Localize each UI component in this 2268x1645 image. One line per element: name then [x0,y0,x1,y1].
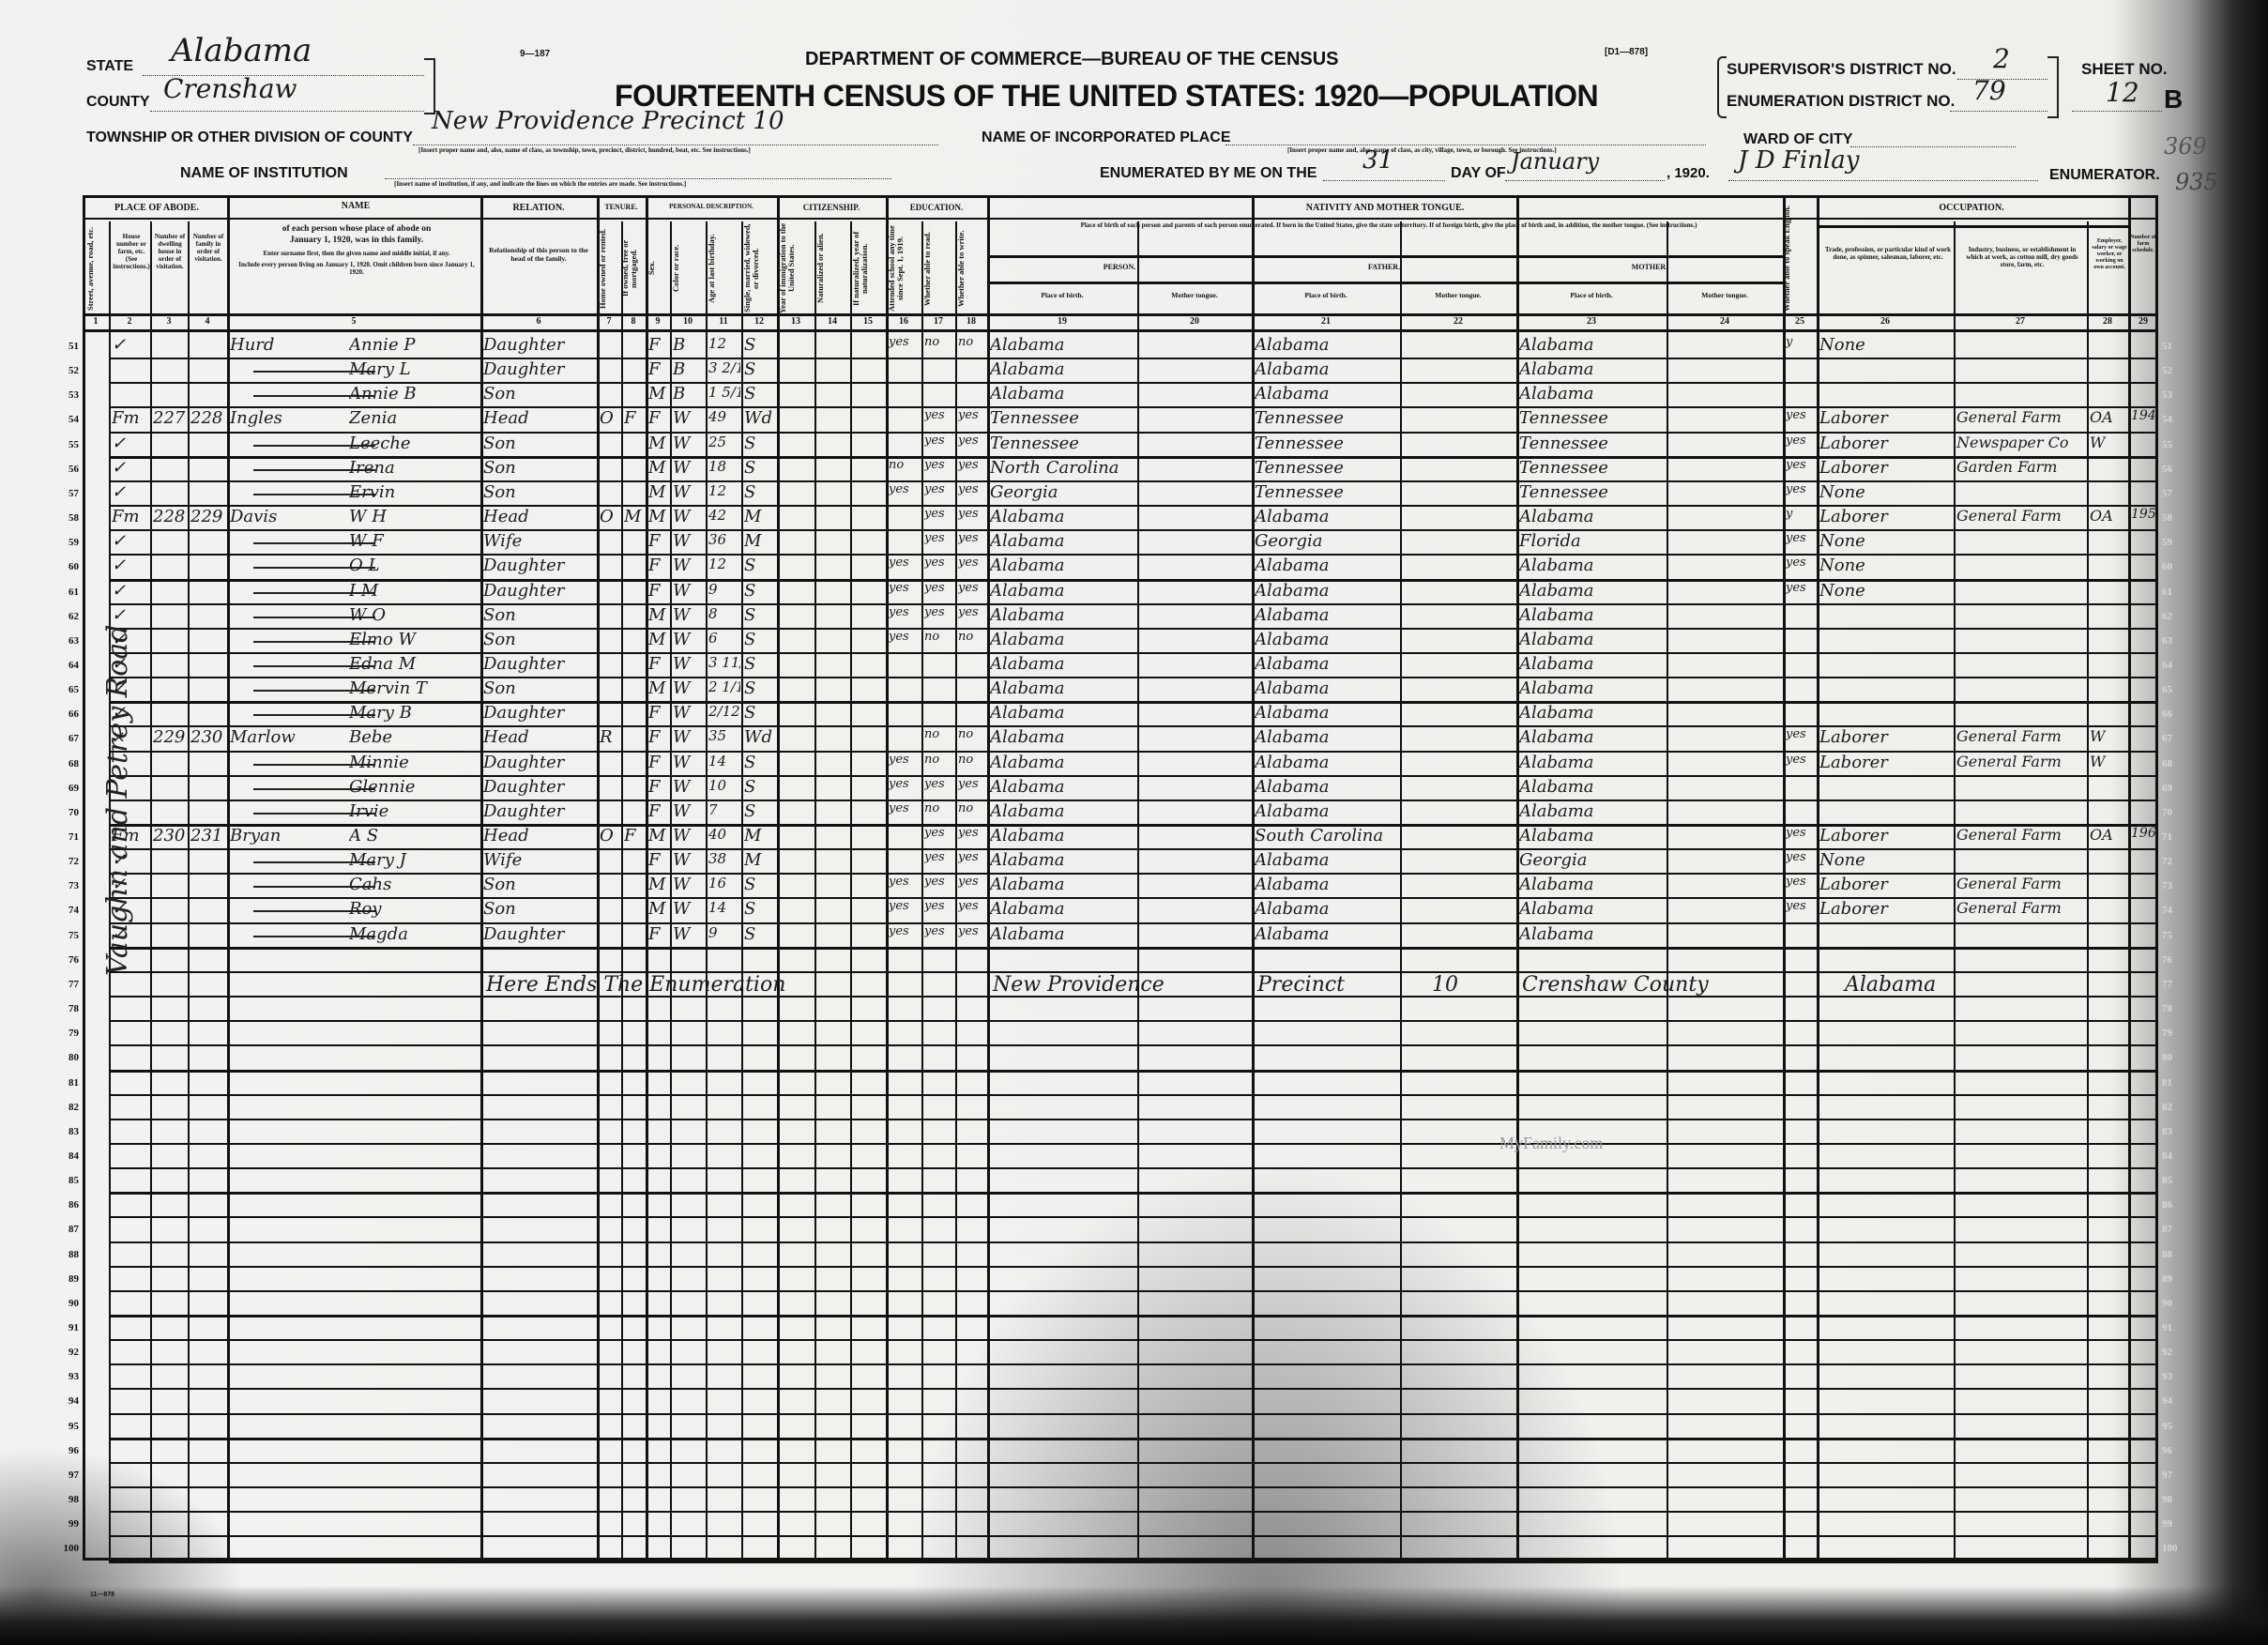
column-divider [955,221,957,1561]
attended-school: yes [889,899,921,913]
birthplace: Alabama [990,335,1136,355]
county-field: Crenshaw [150,86,424,112]
line-number-right: 61 [2162,586,2172,598]
row-divider [109,1266,2158,1268]
sex: M [648,384,669,404]
line-number-right: 85 [2162,1175,2172,1186]
able-to-read: no [924,801,954,815]
header-father: FATHER. [1252,263,1516,271]
mother-birthplace: Alabama [1519,703,1666,723]
given-name: Bebe [349,727,477,747]
father-birthplace: Alabama [1255,605,1399,625]
sub-naturalization-year: If naturalized, year of naturalization. [852,221,886,315]
color: W [673,924,705,944]
closing-note-part: Crenshaw County [1522,973,1709,997]
marital-status: M [744,850,776,870]
closing-note-part: 10 [1432,973,1458,997]
father-birthplace: Alabama [1255,875,1399,894]
line-number-right: 71 [2162,831,2172,843]
line-number-right: 54 [2162,414,2172,425]
birthplace: Alabama [990,826,1136,845]
line-number: 57 [56,488,79,499]
column-divider [921,221,923,1561]
father-birthplace: Alabama [1255,801,1399,821]
able-to-write: yes [958,482,986,496]
header-farm-schedule: Number of farm schedule. [2130,235,2156,254]
age: 12 [708,335,740,352]
column-number: 1 [83,316,109,327]
sub-read: Whether able to read. [923,221,955,315]
birthplace: Alabama [990,678,1136,698]
stamp-number: 369 [2164,133,2207,160]
header-industry: Industry, business, or establishment in … [1961,246,2083,268]
able-to-write: no [958,335,986,349]
color: W [673,826,705,845]
able-to-read: no [924,630,954,644]
speaks-english: yes [1786,899,1816,913]
sex: M [648,605,669,625]
father-birthplace: Alabama [1255,899,1399,919]
margin-note: Vaughn and Petrey Road [101,625,134,976]
given-name: Mary J [349,850,477,870]
state-value: Alabama [171,32,312,69]
employer-class: OA [2090,507,2127,525]
industry: Garden Farm [1956,458,2086,476]
column-number: 23 [1516,316,1667,327]
birthplace: Alabama [990,924,1136,944]
speaks-english: yes [1786,531,1816,545]
enumerated-month: January [1511,148,1599,175]
speaks-english: y [1786,335,1816,349]
header-divider [1817,225,2128,228]
closing-note-part: Precinct [1257,973,1345,997]
line-number-right: 53 [2162,389,2172,401]
enumerated-day-field: 31 [1323,160,1445,181]
color: W [673,408,705,428]
column-divider [850,221,852,1561]
father-birthplace: Alabama [1255,654,1399,674]
given-name: W F [349,531,477,551]
relation: Daughter [483,924,596,944]
day-of-label: DAY OF [1451,165,1506,182]
column-number: 22 [1400,316,1516,327]
birthplace: Alabama [990,556,1136,575]
marital-status: S [744,777,776,797]
sex: M [648,434,669,453]
column-number: 17 [921,316,955,327]
given-name: I M [349,581,477,601]
column-number: 5 [227,316,480,327]
relation: Head [483,408,596,428]
birthplace: Alabama [990,753,1136,772]
institution-field [385,160,891,179]
name-desc-line-1: of each person whose place of abode on [236,223,477,235]
industry: General Farm [1956,507,2086,525]
mother-birthplace: Alabama [1519,384,1666,404]
header-nativity: NATIVITY AND MOTHER TONGUE. [987,203,1783,213]
speaks-english: yes [1786,408,1816,422]
line-number: 85 [56,1175,79,1186]
line-number: 53 [56,389,79,401]
relation: Son [483,384,596,404]
color: W [673,654,705,674]
dwelling-number: 228 [153,507,187,526]
line-number: 54 [56,414,79,425]
able-to-write: yes [958,458,986,472]
header-citizenship: CITIZENSHIP. [777,203,886,212]
department-title: DEPARTMENT OF COMMERCE—BUREAU OF THE CEN… [805,49,1339,70]
row-divider [109,1241,2158,1243]
header-name-desc: of each person whose place of abode on J… [236,223,477,276]
sub-attended-school: Attended school any time since Sept. 1, … [888,221,921,315]
column-number: 12 [741,316,777,327]
given-name: Irena [349,458,477,478]
able-to-read: yes [924,605,954,619]
column-divider [777,195,780,1561]
marital-status: S [744,875,776,894]
surname: Davis [230,507,342,526]
able-to-write: yes [958,850,986,864]
header-employer: Employer, salary or wage worker, or work… [2091,238,2128,271]
line-number: 84 [56,1150,79,1162]
able-to-read: yes [924,850,954,864]
line-number: 65 [56,684,79,695]
column-number: 10 [670,316,706,327]
age: 16 [708,875,740,891]
home-owned: O [600,826,620,845]
line-number: 97 [56,1470,79,1481]
age: 49 [708,408,740,425]
age: 7 [708,801,740,818]
line-number: 75 [56,930,79,941]
speaks-english: yes [1786,581,1816,595]
sub-house-number: House number or farm, etc. (See instruct… [113,233,150,270]
able-to-read: yes [924,924,954,938]
incorporated-label: NAME OF INCORPORATED PLACE [982,129,1230,146]
trade: Laborer [1819,899,1953,919]
color: W [673,899,705,919]
attended-school: yes [889,753,921,767]
attended-school: yes [889,581,921,595]
sub-speak-english: Whether able to speak English. [1783,203,1817,315]
township-field: New Providence Precinct 10 [413,122,938,145]
column-number: 20 [1137,316,1252,327]
trade: Laborer [1819,826,1953,845]
father-birthplace: Tennessee [1255,408,1399,428]
home-owned: O [600,507,620,526]
line-number: 88 [56,1249,79,1260]
age: 35 [708,727,740,744]
able-to-write: no [958,801,986,815]
column-divider [2128,195,2131,1561]
sex: F [648,335,669,355]
father-birthplace: Alabama [1255,703,1399,723]
ed-label: ENUMERATION DISTRICT NO. [1727,92,1955,111]
line-number: 59 [56,537,79,548]
column-number: 16 [886,316,921,327]
mother-birthplace: Alabama [1519,875,1666,894]
father-birthplace: Alabama [1255,384,1399,404]
line-number-right: 91 [2162,1322,2172,1333]
birthplace: Alabama [990,875,1136,894]
father-birthplace: Alabama [1255,678,1399,698]
able-to-read: yes [924,777,954,791]
marital-status: M [744,531,776,551]
relation: Son [483,899,596,919]
trade: None [1819,556,1953,575]
sex: F [648,581,669,601]
row-divider [109,1486,2158,1488]
relation: Wife [483,531,596,551]
birthplace: Alabama [990,384,1136,404]
surname: Bryan [230,826,342,845]
able-to-write: yes [958,605,986,619]
row-divider [109,1413,2158,1415]
sex: F [648,924,669,944]
attended-school: yes [889,556,921,570]
able-to-read: no [924,727,954,741]
line-number: 86 [56,1199,79,1211]
column-divider [227,195,230,1561]
enumerator-signature: J D Finlay [1738,146,1859,175]
line-number-right: 73 [2162,880,2172,891]
relation: Daughter [483,703,596,723]
column-divider [814,221,816,1561]
able-to-read: yes [924,458,954,472]
relation: Daughter [483,654,596,674]
relation: Daughter [483,335,596,355]
employer-class: W [2090,434,2127,451]
line-number-right: 80 [2162,1052,2172,1063]
father-birthplace: Alabama [1255,359,1399,379]
mother-birthplace: Georgia [1519,850,1666,870]
line-number-right: 72 [2162,856,2172,867]
line-number: 93 [56,1371,79,1382]
farm-schedule: 194 [2131,408,2157,423]
line-number-right: 98 [2162,1494,2172,1505]
watermark: MyFamily.com [1499,1134,1603,1153]
mother-birthplace: Alabama [1519,507,1666,526]
speaks-english: yes [1786,753,1816,767]
speaks-english: yes [1786,850,1816,864]
state-label: STATE [86,58,133,75]
father-birthplace: Georgia [1255,531,1399,551]
birthplace: Alabama [990,801,1136,821]
able-to-write: yes [958,434,986,448]
mother-birthplace: Tennessee [1519,434,1666,453]
given-name: Glennie [349,777,477,797]
institution-label: NAME OF INSTITUTION [180,165,348,182]
given-name: W O [349,605,477,625]
sex: M [648,630,669,649]
header-nativity-desc: Place of birth of each person and parent… [1013,221,1764,230]
trade: Laborer [1819,875,1953,894]
mother-birthplace: Tennessee [1519,482,1666,502]
marital-status: S [744,482,776,502]
able-to-read: yes [924,875,954,889]
line-number-right: 51 [2162,341,2172,352]
county-label: COUNTY [86,94,150,111]
line-number-right: 83 [2162,1126,2172,1137]
able-to-write: yes [958,556,986,570]
employer-class: OA [2090,408,2127,426]
row-divider [109,1044,2158,1046]
speaks-english: y [1786,507,1816,521]
trade: None [1819,482,1953,502]
color: W [673,556,705,575]
age: 9 [708,581,740,598]
farm-schedule: 195 [2131,507,2157,522]
column-divider [597,195,600,1561]
line-number: 68 [56,758,79,769]
line-number-right: 68 [2162,758,2172,769]
name-desc-line-4: Include every person living on January 1… [236,261,477,276]
sub-owned-rented: Home owned or rented. [599,221,619,315]
able-to-read: yes [924,581,954,595]
attended-school: yes [889,777,921,791]
line-number-right: 78 [2162,1003,2172,1014]
column-number: 24 [1667,316,1783,327]
line-number-right: 76 [2162,954,2172,966]
surname: Ingles [230,408,342,428]
given-name: Magda [349,924,477,944]
surname: Hurd [230,335,342,355]
birthplace: Alabama [990,850,1136,870]
age: 10 [708,777,740,794]
age: 3 11/12 [708,654,740,671]
family-number: 230 [190,727,226,747]
birthplace: Alabama [990,531,1136,551]
sub-free-mortgaged: If owned, free or mortgaged. [621,221,644,315]
line-number-right: 88 [2162,1249,2172,1260]
enumerated-label: ENUMERATED BY ME ON THE [1100,165,1317,182]
age: 1 5/12 [708,384,740,401]
line-number: 77 [56,979,79,990]
sub-color: Color or race. [672,221,706,315]
sex: F [648,850,669,870]
trade: None [1819,581,1953,601]
able-to-write: yes [958,777,986,791]
attended-school: yes [889,630,921,644]
speaks-english: yes [1786,556,1816,570]
line-number-right: 92 [2162,1347,2172,1358]
line-number-right: 97 [2162,1470,2172,1481]
marital-status: S [744,605,776,625]
able-to-read: yes [924,531,954,545]
able-to-write: no [958,727,986,741]
line-number: 73 [56,880,79,891]
mother-birthplace: Alabama [1519,826,1666,845]
house-number: ✓ [112,605,149,625]
column-divider [1137,221,1139,1561]
column-divider [741,221,743,1561]
sub-immigration: Year of immigration to the United States… [779,221,814,315]
relation: Wife [483,850,596,870]
line-number: 90 [56,1298,79,1309]
line-number: 67 [56,733,79,744]
ward-field [1850,126,2016,147]
column-number: 19 [987,316,1137,327]
sub-marital: Single, married, widowed, or divorced. [743,221,777,315]
attended-school: yes [889,335,921,349]
relation: Head [483,507,596,526]
color: W [673,482,705,502]
mother-birthplace: Alabama [1519,630,1666,649]
family-number: 228 [190,408,226,428]
attended-school: yes [889,801,921,815]
line-number: 92 [56,1347,79,1358]
header-divider [987,255,1783,258]
trade: Laborer [1819,458,1953,478]
given-name: Roy [349,899,477,919]
line-number: 98 [56,1494,79,1505]
father-birthplace: Alabama [1255,507,1399,526]
mother-birthplace: Alabama [1519,727,1666,747]
line-number-right: 82 [2162,1102,2172,1113]
color: B [673,384,705,404]
mother-birthplace: Alabama [1519,359,1666,379]
row-divider [109,1535,2158,1537]
row-divider [109,1438,2158,1440]
line-number: 55 [56,439,79,450]
line-number-right: 81 [2162,1077,2172,1089]
mother-birthplace: Alabama [1519,678,1666,698]
marital-status: S [744,703,776,723]
line-number-right: 84 [2162,1150,2172,1162]
header-mother: MOTHER. [1516,263,1783,271]
closing-note-part: Here Ends The Enumeration [486,973,785,997]
column-number: 18 [955,316,987,327]
mother-birthplace: Florida [1519,531,1666,551]
line-number: 58 [56,512,79,524]
industry: General Farm [1956,899,2086,917]
relation: Daughter [483,753,596,772]
relation: Daughter [483,556,596,575]
attended-school: yes [889,924,921,938]
column-number: 15 [850,316,886,327]
home-owned: R [600,727,620,747]
row-divider [109,1143,2158,1145]
able-to-write: yes [958,924,986,938]
line-number: 62 [56,611,79,622]
header-relation: RELATION. [480,203,597,213]
color: W [673,581,705,601]
birthplace: Alabama [990,727,1136,747]
name-desc-line-2: January 1, 1920, was in this family. [236,235,477,246]
speaks-english: yes [1786,826,1816,840]
line-number-right: 62 [2162,611,2172,622]
dwelling-number: 227 [153,408,187,428]
mother-birthplace: Alabama [1519,556,1666,575]
house-number: Fm [112,408,149,428]
relation: Son [483,678,596,698]
sex: M [648,875,669,894]
mother-birthplace: Alabama [1519,654,1666,674]
sex: F [648,801,669,821]
district-bracket-right [2047,56,2059,118]
age: 18 [708,458,740,475]
marital-status: M [744,826,776,845]
color: B [673,335,705,355]
column-number: 28 [2087,316,2128,327]
column-divider [621,221,623,1561]
color: W [673,507,705,526]
relation: Son [483,605,596,625]
header-mother-birth: Place of birth. [1516,291,1667,299]
row-divider [109,1192,2158,1195]
census-sheet: STATE Alabama COUNTY Crenshaw 9—187 DEPA… [0,0,2268,1645]
column-number: 6 [480,316,597,327]
